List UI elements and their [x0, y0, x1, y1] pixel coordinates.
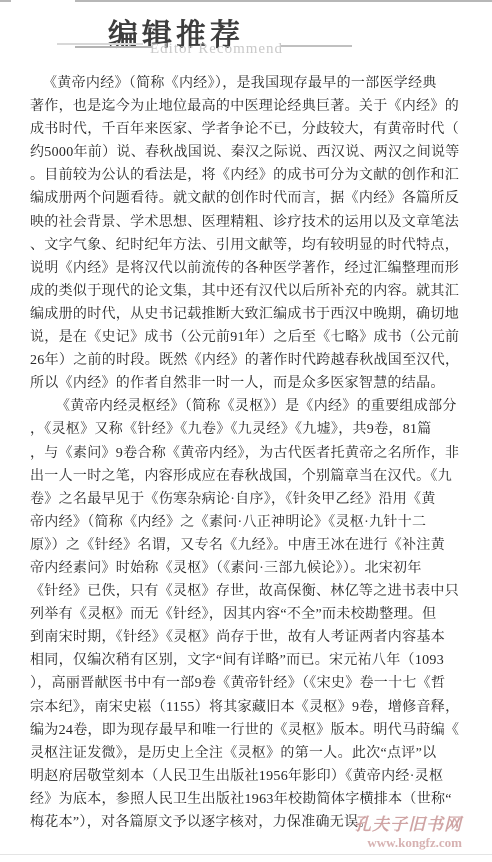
- text-line: 映的社会背景、学术思想、医理精粗、诊疗技术的运用以及文章笔法: [30, 211, 462, 234]
- text-line: 经》为底本，参照人民卫生出版社1963年校勘简体字横排本（世称“: [30, 788, 462, 811]
- text-line: 《针经》已佚，只有《灵枢》存世，故高保衡、林亿等之进书表中只: [30, 580, 462, 603]
- text-line: 著作，也是迄今为止地位最高的中医理论经典巨著。关于《内经》的: [30, 95, 462, 118]
- text-line: 明赵府居敬堂刻本（人民卫生出版社1956年影印）《黄帝内经·灵枢: [30, 765, 462, 788]
- text-line: 编成册的时代，从史书记载推断大致汇编成书于西汉中晚期，确切地: [30, 303, 462, 326]
- text-line: 所以《内经》的作者自然非一时一人，而是众多医家智慧的结晶。: [30, 372, 462, 395]
- bottom-divider-line: [0, 854, 492, 855]
- text-line: 相同，仅编次稍有区别，文字“间有详略”而已。宋元祐八年（1093: [30, 649, 462, 672]
- decorative-line-right: [281, 45, 352, 47]
- text-line: 宗本纪》，南宋史崧（1155）将其家藏旧本《灵枢》9卷，增修音释，: [30, 696, 462, 719]
- text-line: 26年）之前的时段。既然《内经》的著作时代跨越春秋战国至汉代，: [30, 349, 462, 372]
- book-editor-recommend-page: { "header": { "title": "编辑推荐", "subtitle…: [0, 0, 492, 862]
- text-line: 卷》之名最早见于《伤寒杂病论·自序》，《针灸甲乙经》沿用《黄: [30, 488, 462, 511]
- text-line: 约5000年前）说、春秋战国说、秦汉之际说、西汉说、两汉之间说等: [30, 141, 462, 164]
- watermark: 孔夫子旧书网 www.kongfz.com: [348, 810, 462, 851]
- paragraph: 《黄帝内经》（简称《内经》），是我国现存最早的一部医学经典著作，也是迄今为止地位…: [30, 72, 462, 395]
- text-line: 《黄帝内经灵枢经》（简称《灵枢》）是《内经》的重要组成部分: [30, 395, 462, 418]
- text-line: 出一人一时之笔，内容形成应在春秋战国，个别篇章当在汉代。《九: [30, 465, 462, 488]
- text-line: 原》）之《针经》名谓，又专名《九经》。中唐王冰在进行《补注黄: [30, 534, 462, 557]
- decorative-line-left-lower: [75, 46, 152, 48]
- text-line: ，与《素问》9卷合称《黄帝内经》，为古代医者托黄帝之名所作，非: [30, 442, 462, 465]
- text-line: 、文字气象、纪时纪年方法、引用文献等，均有较明显的时代特点，: [30, 234, 462, 257]
- text-line: 成书时代，千百年来医家、学者争论不已，分歧较大，有黄帝时代（: [30, 118, 462, 141]
- text-line: 。目前较为公认的看法是，将《内经》的成书可分为文献的创作和汇: [30, 164, 462, 187]
- text-line: 说，是在《史记》成书（公元前91年）之后至《七略》成书（公元前: [30, 326, 462, 349]
- decorative-line-left-upper: [57, 43, 143, 45]
- watermark-site-url: www.kongfz.com: [348, 835, 462, 851]
- top-divider-main-segment: [75, 0, 492, 2]
- text-line: ），高丽晋献医书中有一部9卷《黄帝针经》（《宋史》卷一十七《哲: [30, 672, 462, 695]
- watermark-site-name: 孔夫子旧书网: [348, 810, 462, 835]
- text-line: 到南宋时期，《针经》《灵枢》尚存于世，故有人考证两者内容基本: [30, 626, 462, 649]
- text-line: 编成册两个问题看待。就文献的创作时代而言，据《内经》各篇所反: [30, 187, 462, 210]
- text-line: 成的类似于现代的论文集，其中还有汉代以后所补充的内容。就其汇: [30, 280, 462, 303]
- text-line: 说明《内经》是将汉代以前流传的各种医学著作，经过汇编整理而形: [30, 257, 462, 280]
- text-line: 《黄帝内经》（简称《内经》），是我国现存最早的一部医学经典: [30, 72, 462, 95]
- top-divider-left-segment: [0, 0, 11, 2]
- text-line: 灵枢注证发微》，是历史上全注《灵枢》的第一人。此次“点评”以: [30, 742, 462, 765]
- text-line: 编为24卷，即为现存最早和唯一行世的《灵枢》版本。明代马莳编《: [30, 719, 462, 742]
- editor-recommend-text: 《黄帝内经》（简称《内经》），是我国现存最早的一部医学经典著作，也是迄今为止地位…: [30, 72, 462, 834]
- text-line: 帝内经》（简称《内经》之《素问·八正神明论》《灵枢·九针十二: [30, 511, 462, 534]
- paragraph: 《黄帝内经灵枢经》（简称《灵枢》）是《内经》的重要组成部分，《灵枢》又称《针经》…: [30, 395, 462, 834]
- text-line: 列举有《灵枢》而无《针经》，因其内容“不全”而未校勘整理。但: [30, 603, 462, 626]
- text-line: ，《灵枢》又称《针经》《九卷》《九灵经》《九墟》，共9卷，81篇: [30, 418, 462, 441]
- text-line: 帝内经素问》时始称《灵枢》（《素问·三部九候论》）。北宋初年: [30, 557, 462, 580]
- section-subtitle: Editor Recommend: [150, 41, 283, 58]
